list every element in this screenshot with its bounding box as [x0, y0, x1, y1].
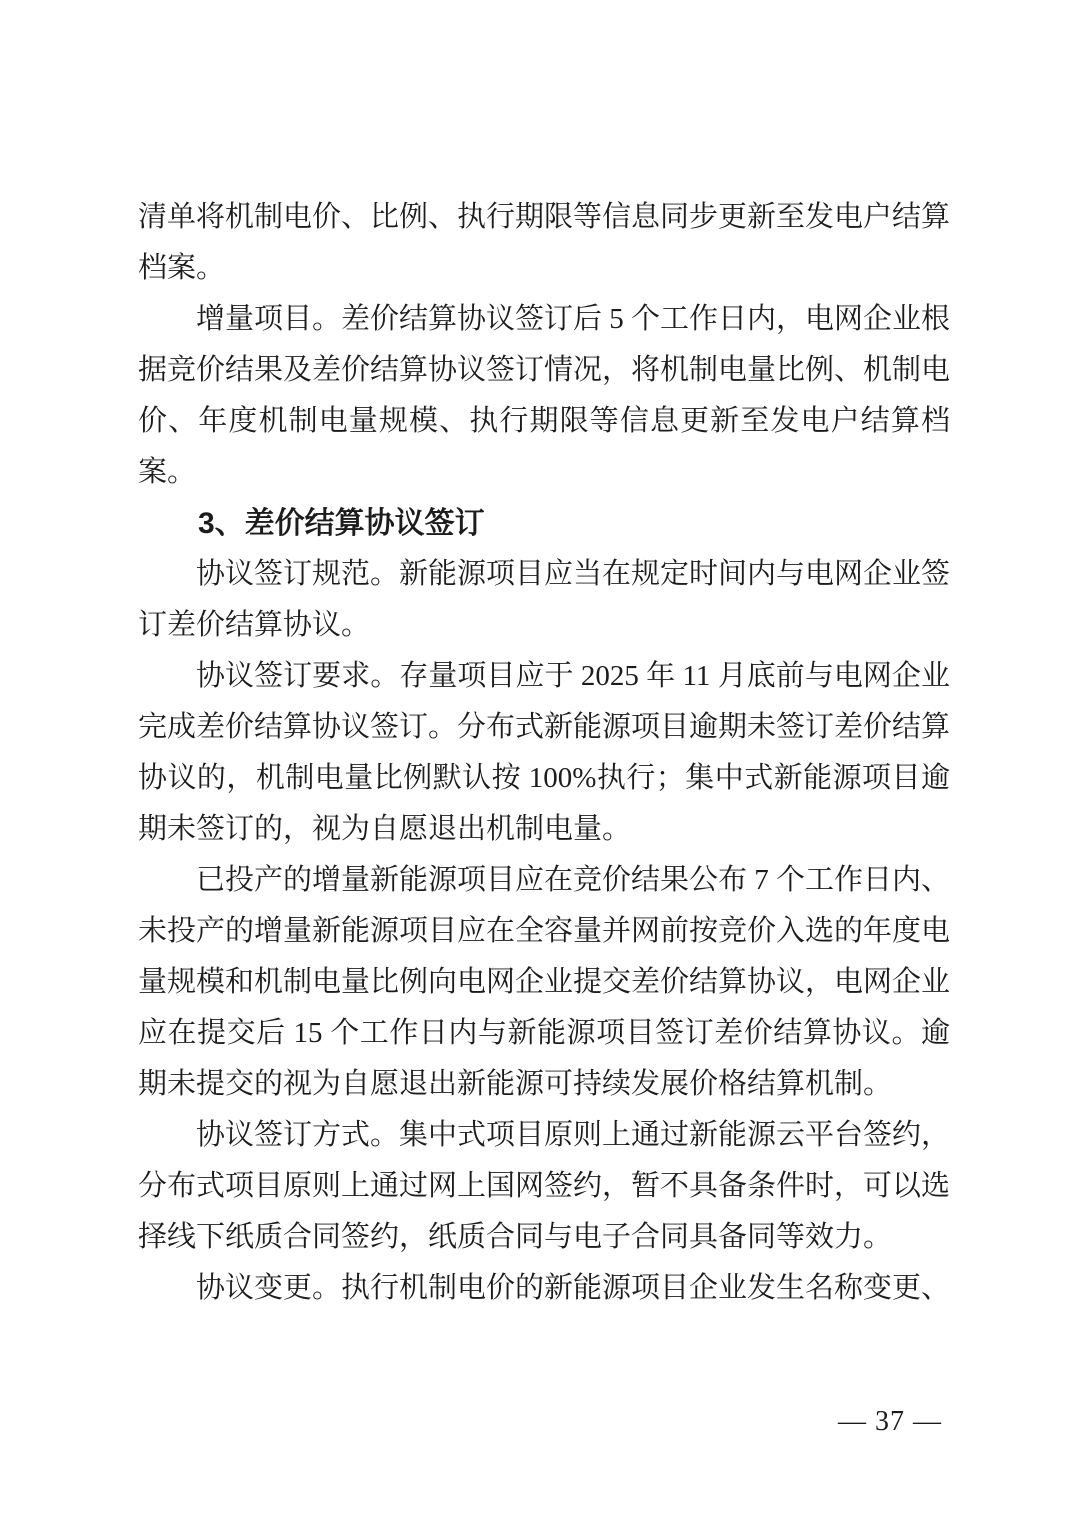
document-body: 清单将机制电价、比例、执行期限等信息同步更新至发电户结算档案。 增量项目。差价结…: [138, 192, 950, 1314]
paragraph-signing-requirements: 协议签订要求。存量项目应于 2025 年 11 月底前与电网企业完成差价结算协议…: [138, 651, 950, 855]
document-page: 清单将机制电价、比例、执行期限等信息同步更新至发电户结算档案。 增量项目。差价结…: [0, 0, 1080, 1527]
paragraph-incremental-deadlines: 已投产的增量新能源项目应在竞价结果公布 7 个工作日内、未投产的增量新能源项目应…: [138, 855, 950, 1110]
page-number: — 37 —: [742, 1406, 942, 1438]
paragraph-signing-norms: 协议签订规范。新能源项目应当在规定时间内与电网企业签订差价结算协议。: [138, 549, 950, 651]
paragraph-incremental-projects: 增量项目。差价结算协议签订后 5 个工作日内，电网企业根据竞价结果及差价结算协议…: [138, 294, 950, 498]
paragraph-signing-methods: 协议签订方式。集中式项目原则上通过新能源云平台签约，分布式项目原则上通过网上国网…: [138, 1110, 950, 1263]
paragraph-agreement-changes: 协议变更。执行机制电价的新能源项目企业发生名称变更、: [138, 1263, 950, 1314]
paragraph-continuation: 清单将机制电价、比例、执行期限等信息同步更新至发电户结算档案。: [138, 192, 950, 294]
section-heading-agreement-signing: 3、差价结算协议签订: [138, 498, 950, 549]
